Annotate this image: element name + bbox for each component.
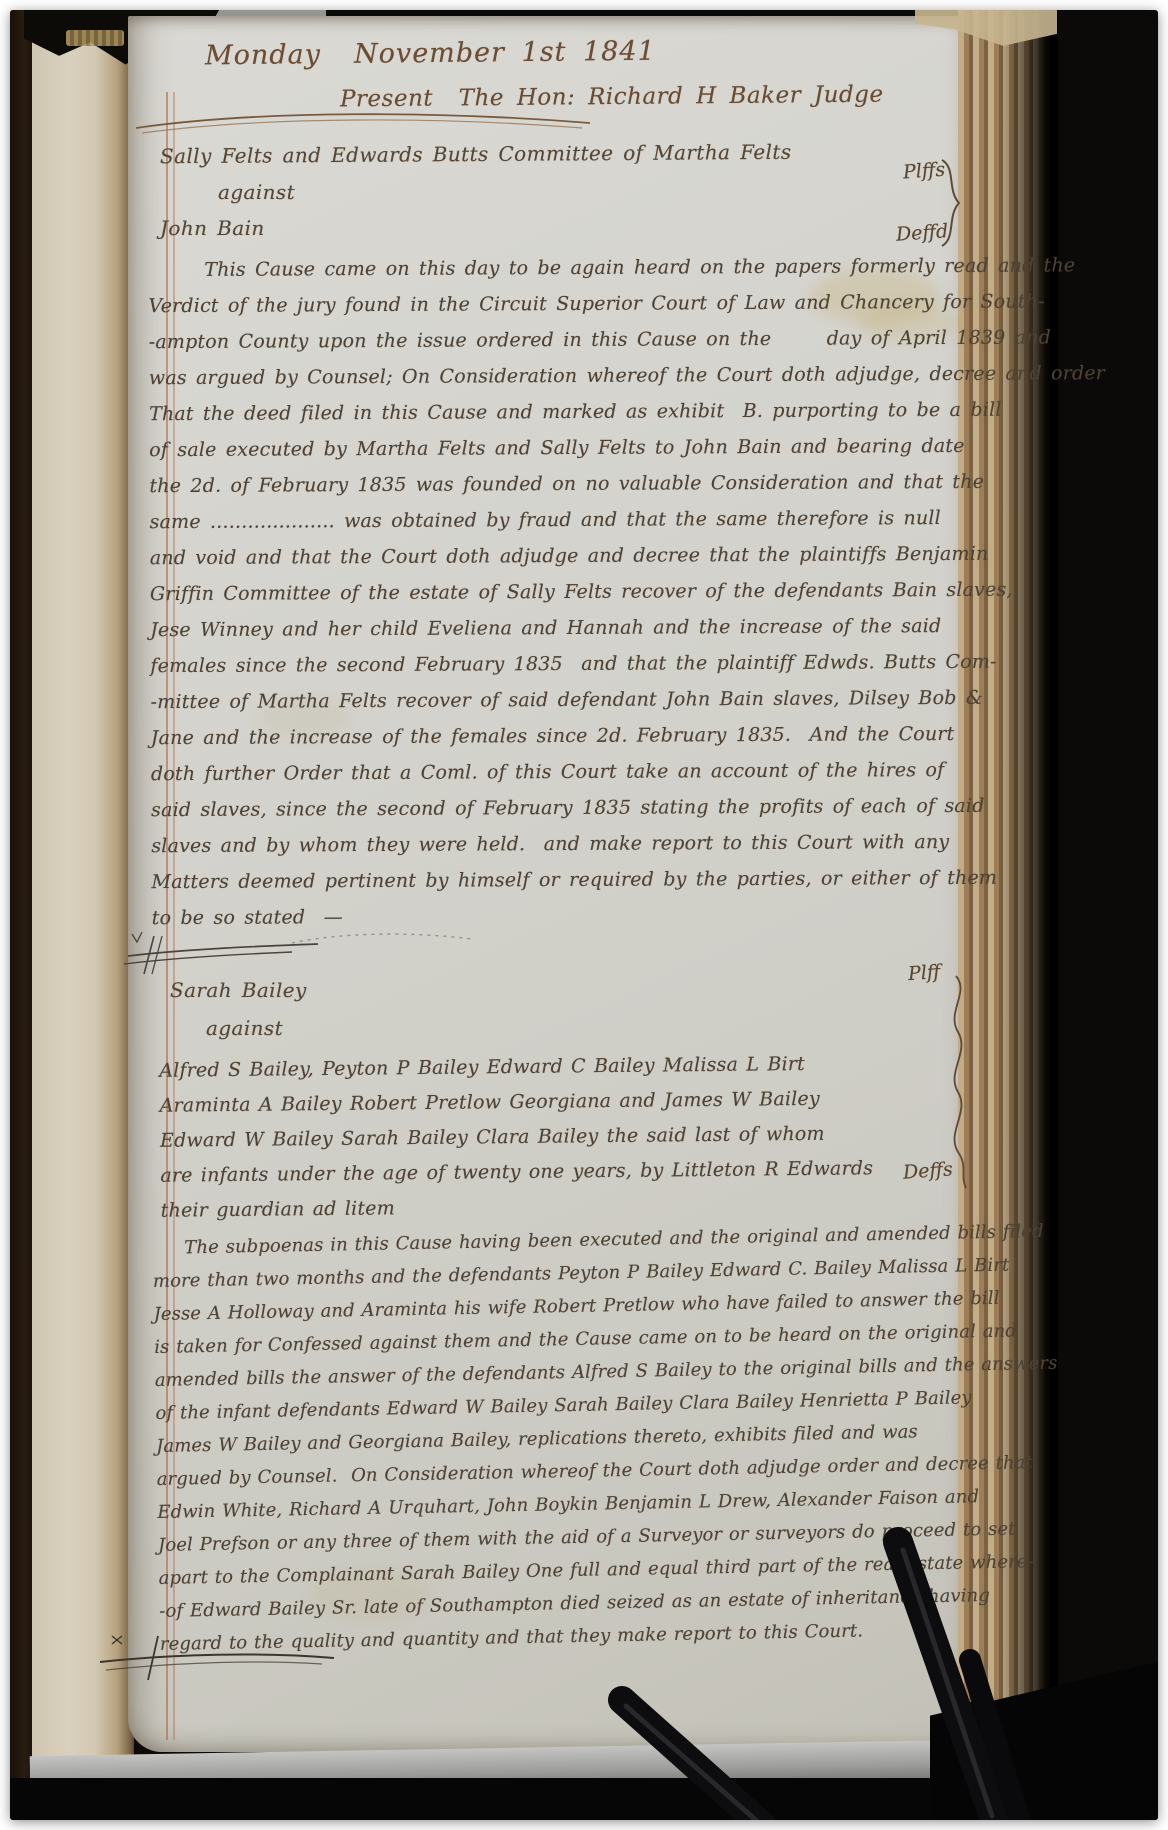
- page-clamp-prongs: [10, 10, 1158, 1820]
- screenshot-root: { "photo": { "heading": { "date_line": "…: [0, 0, 1168, 1830]
- manuscript-photo: Monday November 1st 1841 Present The Hon…: [10, 10, 1158, 1820]
